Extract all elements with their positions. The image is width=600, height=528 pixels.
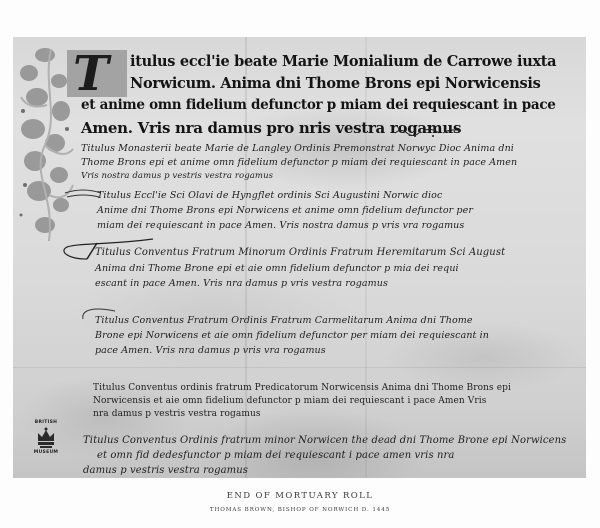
blackletter-line: et anime omn fidelium defunctor p miam d… xyxy=(81,97,556,113)
line-filler-flourish xyxy=(393,125,463,139)
manuscript-photograph: T itulus eccl'ie beate Marie Monialium d… xyxy=(13,37,586,478)
cursive-line: Norwicensis et aie omn fidelium defuncto… xyxy=(93,396,486,406)
plate-caption-title: END OF MORTUARY ROLL xyxy=(0,491,600,501)
cursive-line: Thome Brons epi et anime omn fidelium de… xyxy=(81,157,517,168)
cursive-line: Titulus Conventus Fratrum Ordinis Fratru… xyxy=(95,315,473,326)
cursive-line: damus p vestris vestra rogamus xyxy=(83,465,248,476)
cursive-line: Titulus Eccl'ie Sci Olavi de Hyngflet or… xyxy=(97,190,442,201)
british-museum-stamp: BRITISH MUSEUM xyxy=(26,420,66,462)
plate-caption-subtitle: THOMAS BROWN, BISHOP OF NORWICH D. 1445 xyxy=(0,507,600,513)
initial-letter: T xyxy=(73,46,109,102)
cursive-line: escant in pace Amen. Vris nra damus p vr… xyxy=(95,278,388,289)
cursive-line: Titulus Conventus Fratrum Minorum Ordini… xyxy=(95,247,505,258)
blackletter-line: itulus eccl'ie beate Marie Monialium de … xyxy=(130,53,556,70)
cursive-line: Titulus Conventus Ordinis fratrum minor … xyxy=(83,435,566,446)
cursive-line: Brone epi Norwicens et aie omn fidelium … xyxy=(95,330,489,341)
cursive-line: nra damus p vestris vestra rogamus xyxy=(93,409,261,419)
blackletter-line: Norwicum. Anima dni Thome Brons epi Norw… xyxy=(130,75,540,92)
illuminated-initial: T xyxy=(67,50,127,97)
cursive-line: Vris nostra damus p vestris vestra rogam… xyxy=(81,171,273,181)
cursive-line: Anime dni Thome Brons epi Norwicens et a… xyxy=(97,205,473,216)
cursive-line: Anima dni Thome Brone epi et aie omn fid… xyxy=(95,263,459,274)
cursive-line: miam dei requiescant in pace Amen. Vris … xyxy=(97,220,464,231)
cursive-line: et omn fid dedesfunctor p miam dei requi… xyxy=(97,450,454,461)
horizontal-fold xyxy=(13,367,586,368)
cursive-line: Titulus Monasterii beate Marie de Langle… xyxy=(81,143,514,154)
crown-icon xyxy=(36,427,56,449)
stamp-bottom-text: MUSEUM xyxy=(26,450,66,455)
cursive-line: Titulus Conventus ordinis fratrum Predic… xyxy=(93,383,511,393)
stamp-top-text: BRITISH xyxy=(26,420,66,425)
cursive-line: pace Amen. Vris nra damus p vris vra rog… xyxy=(95,345,326,356)
